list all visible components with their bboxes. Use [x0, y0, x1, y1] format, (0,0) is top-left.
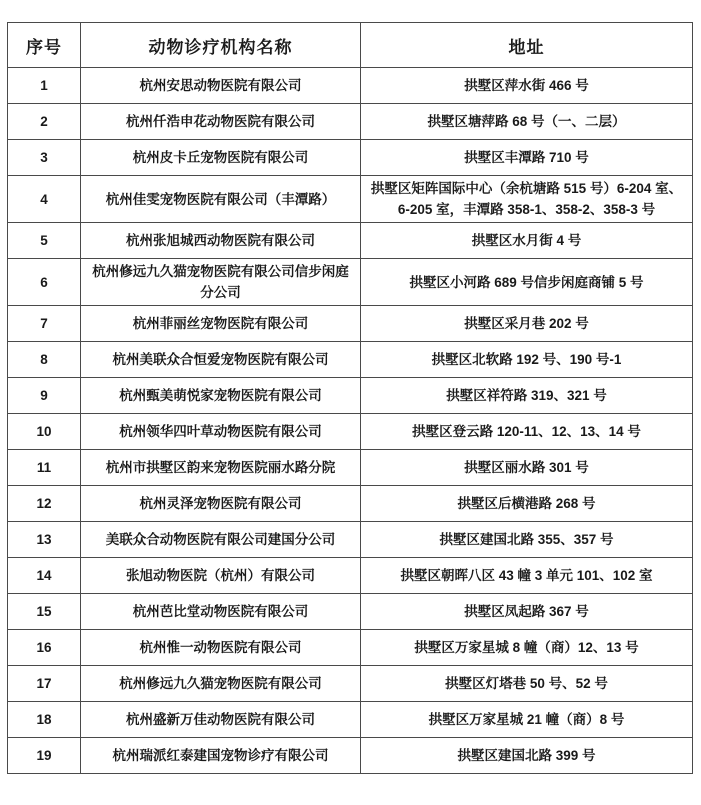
serial-number-cell: 16 — [8, 630, 81, 666]
header-address: 地址 — [361, 23, 693, 68]
table-row: 8 杭州美联众合恒爱宠物医院有限公司 拱墅区北软路 192 号、190 号-1 — [8, 342, 693, 378]
clinic-name-cell: 杭州美联众合恒爱宠物医院有限公司 — [81, 342, 361, 378]
address-cell: 拱墅区后横港路 268 号 — [361, 486, 693, 522]
header-serial-number: 序号 — [8, 23, 81, 68]
serial-number-cell: 19 — [8, 738, 81, 774]
clinic-name-cell: 杭州张旭城西动物医院有限公司 — [81, 223, 361, 259]
clinic-name-cell: 杭州甄美萌悦家宠物医院有限公司 — [81, 378, 361, 414]
table-row: 19 杭州瑞派红泰建国宠物诊疗有限公司 拱墅区建国北路 399 号 — [8, 738, 693, 774]
clinic-name-cell: 杭州盛新万佳动物医院有限公司 — [81, 702, 361, 738]
address-cell: 拱墅区丽水路 301 号 — [361, 450, 693, 486]
address-cell: 拱墅区万家星城 8 幢（商）12、13 号 — [361, 630, 693, 666]
address-cell: 拱墅区万家星城 21 幢（商）8 号 — [361, 702, 693, 738]
clinic-name-cell: 杭州芭比堂动物医院有限公司 — [81, 594, 361, 630]
serial-number-cell: 2 — [8, 104, 81, 140]
serial-number-cell: 13 — [8, 522, 81, 558]
address-cell: 拱墅区矩阵国际中心（余杭塘路 515 号）6-204 室、6-205 室，丰潭路… — [361, 176, 693, 223]
clinic-name-cell: 杭州灵泽宠物医院有限公司 — [81, 486, 361, 522]
table-row: 7 杭州菲丽丝宠物医院有限公司 拱墅区采月巷 202 号 — [8, 306, 693, 342]
clinic-name-cell: 杭州瑞派红泰建国宠物诊疗有限公司 — [81, 738, 361, 774]
serial-number-cell: 10 — [8, 414, 81, 450]
clinic-name-cell: 杭州惟一动物医院有限公司 — [81, 630, 361, 666]
clinic-name-cell: 杭州仟浩申花动物医院有限公司 — [81, 104, 361, 140]
address-cell: 拱墅区丰潭路 710 号 — [361, 140, 693, 176]
serial-number-cell: 12 — [8, 486, 81, 522]
clinic-table-header: 序号 动物诊疗机构名称 地址 — [8, 23, 693, 68]
table-row: 9 杭州甄美萌悦家宠物医院有限公司 拱墅区祥符路 319、321 号 — [8, 378, 693, 414]
table-row: 4 杭州佳雯宠物医院有限公司（丰潭路） 拱墅区矩阵国际中心（余杭塘路 515 号… — [8, 176, 693, 223]
clinic-name-cell: 杭州修远九久猫宠物医院有限公司信步闲庭分公司 — [81, 259, 361, 306]
clinic-name-cell: 杭州安思动物医院有限公司 — [81, 68, 361, 104]
page: 序号 动物诊疗机构名称 地址 1 杭州安思动物医院有限公司 拱墅区萍水街 466… — [0, 0, 701, 805]
serial-number-cell: 8 — [8, 342, 81, 378]
clinic-name-cell: 杭州市拱墅区韵来宠物医院丽水路分院 — [81, 450, 361, 486]
serial-number-cell: 6 — [8, 259, 81, 306]
table-row: 17 杭州修远九久猫宠物医院有限公司 拱墅区灯塔巷 50 号、52 号 — [8, 666, 693, 702]
address-cell: 拱墅区塘萍路 68 号（一、二层） — [361, 104, 693, 140]
serial-number-cell: 17 — [8, 666, 81, 702]
serial-number-cell: 9 — [8, 378, 81, 414]
address-cell: 拱墅区建国北路 399 号 — [361, 738, 693, 774]
table-row: 3 杭州皮卡丘宠物医院有限公司 拱墅区丰潭路 710 号 — [8, 140, 693, 176]
address-cell: 拱墅区灯塔巷 50 号、52 号 — [361, 666, 693, 702]
clinic-name-cell: 杭州皮卡丘宠物医院有限公司 — [81, 140, 361, 176]
serial-number-cell: 4 — [8, 176, 81, 223]
table-row: 16 杭州惟一动物医院有限公司 拱墅区万家星城 8 幢（商）12、13 号 — [8, 630, 693, 666]
address-cell: 拱墅区建国北路 355、357 号 — [361, 522, 693, 558]
address-cell: 拱墅区登云路 120-11、12、13、14 号 — [361, 414, 693, 450]
table-row: 14 张旭动物医院（杭州）有限公司 拱墅区朝晖八区 43 幢 3 单元 101、… — [8, 558, 693, 594]
header-clinic-name: 动物诊疗机构名称 — [81, 23, 361, 68]
table-row: 13 美联众合动物医院有限公司建国分公司 拱墅区建国北路 355、357 号 — [8, 522, 693, 558]
serial-number-cell: 7 — [8, 306, 81, 342]
address-cell: 拱墅区采月巷 202 号 — [361, 306, 693, 342]
clinic-name-cell: 杭州领华四叶草动物医院有限公司 — [81, 414, 361, 450]
clinic-name-cell: 杭州佳雯宠物医院有限公司（丰潭路） — [81, 176, 361, 223]
serial-number-cell: 5 — [8, 223, 81, 259]
table-row: 12 杭州灵泽宠物医院有限公司 拱墅区后横港路 268 号 — [8, 486, 693, 522]
table-row: 5 杭州张旭城西动物医院有限公司 拱墅区水月街 4 号 — [8, 223, 693, 259]
clinic-name-cell: 杭州修远九久猫宠物医院有限公司 — [81, 666, 361, 702]
serial-number-cell: 15 — [8, 594, 81, 630]
address-cell: 拱墅区祥符路 319、321 号 — [361, 378, 693, 414]
table-row: 6 杭州修远九久猫宠物医院有限公司信步闲庭分公司 拱墅区小河路 689 号信步闲… — [8, 259, 693, 306]
clinic-name-cell: 张旭动物医院（杭州）有限公司 — [81, 558, 361, 594]
address-cell: 拱墅区朝晖八区 43 幢 3 单元 101、102 室 — [361, 558, 693, 594]
clinic-table: 序号 动物诊疗机构名称 地址 1 杭州安思动物医院有限公司 拱墅区萍水街 466… — [7, 22, 693, 774]
address-cell: 拱墅区小河路 689 号信步闲庭商铺 5 号 — [361, 259, 693, 306]
address-cell: 拱墅区水月街 4 号 — [361, 223, 693, 259]
address-cell: 拱墅区萍水街 466 号 — [361, 68, 693, 104]
serial-number-cell: 14 — [8, 558, 81, 594]
table-row: 10 杭州领华四叶草动物医院有限公司 拱墅区登云路 120-11、12、13、1… — [8, 414, 693, 450]
address-cell: 拱墅区北软路 192 号、190 号-1 — [361, 342, 693, 378]
table-row: 11 杭州市拱墅区韵来宠物医院丽水路分院 拱墅区丽水路 301 号 — [8, 450, 693, 486]
address-cell: 拱墅区凤起路 367 号 — [361, 594, 693, 630]
serial-number-cell: 3 — [8, 140, 81, 176]
serial-number-cell: 11 — [8, 450, 81, 486]
clinic-table-body: 1 杭州安思动物医院有限公司 拱墅区萍水街 466 号 2 杭州仟浩申花动物医院… — [8, 68, 693, 774]
serial-number-cell: 18 — [8, 702, 81, 738]
table-row: 18 杭州盛新万佳动物医院有限公司 拱墅区万家星城 21 幢（商）8 号 — [8, 702, 693, 738]
table-row: 2 杭州仟浩申花动物医院有限公司 拱墅区塘萍路 68 号（一、二层） — [8, 104, 693, 140]
clinic-name-cell: 杭州菲丽丝宠物医院有限公司 — [81, 306, 361, 342]
table-row: 1 杭州安思动物医院有限公司 拱墅区萍水街 466 号 — [8, 68, 693, 104]
serial-number-cell: 1 — [8, 68, 81, 104]
clinic-name-cell: 美联众合动物医院有限公司建国分公司 — [81, 522, 361, 558]
table-row: 15 杭州芭比堂动物医院有限公司 拱墅区凤起路 367 号 — [8, 594, 693, 630]
header-row: 序号 动物诊疗机构名称 地址 — [8, 23, 693, 68]
